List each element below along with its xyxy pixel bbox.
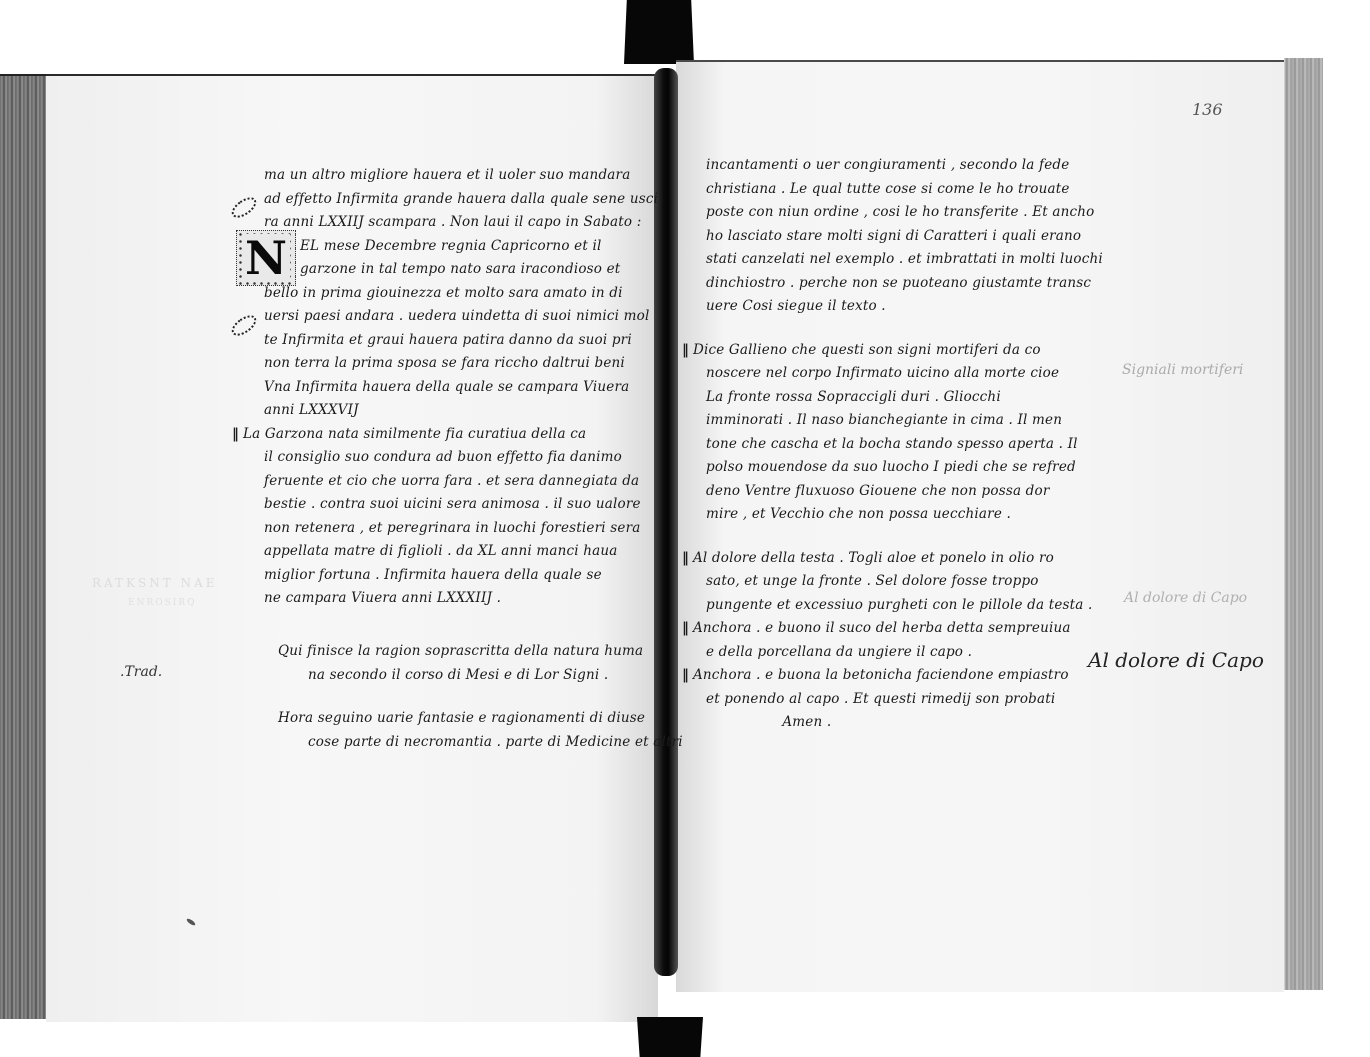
- text-line: uere Cosi siegue il texto .: [706, 295, 1103, 319]
- text-line: ma un altro migliore hauera et il uoler …: [264, 164, 658, 188]
- text-line: ad effetto Infirmita grande hauera dalla…: [264, 188, 658, 212]
- text-line: Vna Infirmita hauera della quale se camp…: [264, 376, 658, 400]
- paragraph-mark-icon: ‖: [682, 620, 689, 636]
- text-line: deno Ventre fluxuoso Giouene che non pos…: [706, 480, 1103, 504]
- left-page-text: ma un altro migliore hauera et il uoler …: [264, 164, 658, 611]
- text-line: ‖Dice Gallieno che questi son signi mort…: [682, 339, 1103, 363]
- text-line: na secondo il corso di Mesi e di Lor Sig…: [278, 664, 683, 688]
- page-number: 136: [1192, 100, 1223, 119]
- bleed-through-text: RATKSNT NAE: [92, 576, 217, 590]
- text-line: e della porcellana da ungiere il capo .: [706, 641, 1103, 665]
- text-line: ra anni LXXIIJ scampara . Non laui il ca…: [264, 211, 658, 235]
- paragraph: ‖Al dolore della testa . Togli aloe et p…: [706, 547, 1103, 618]
- margin-note-dolore-faint: Al dolore di Capo: [1124, 590, 1247, 606]
- right-page-text: incantamenti o uer congiuramenti , secon…: [706, 154, 1103, 735]
- paragraph: incantamenti o uer congiuramenti , secon…: [706, 154, 1103, 319]
- text-line: ne campara Viuera anni LXXXIIJ .: [264, 587, 658, 611]
- text-line: miglior fortuna . Infirmita hauera della…: [264, 564, 658, 588]
- paragraph-mark-icon: ‖: [682, 550, 689, 566]
- text-line: non terra la prima sposa se fara riccho …: [264, 352, 658, 376]
- text-line: feruente et cio che uorra fara . et sera…: [264, 470, 658, 494]
- text-line: stati canzelati nel exemplo . et imbratt…: [706, 248, 1103, 272]
- paragraph-mark-icon: ‖: [682, 342, 689, 358]
- text-line: mire , et Vecchio che non possa uecchiar…: [706, 503, 1103, 527]
- bookmark-ribbon-bottom: [637, 1017, 703, 1057]
- margin-note-dolore-dark: Al dolore di Capo: [1088, 648, 1264, 672]
- text-line: te Infirmita et graui hauera patira dann…: [264, 329, 658, 353]
- paragraph: Hora seguino uarie fantasie e ragionamen…: [278, 707, 683, 754]
- text-line: anni LXXXVIJ: [264, 399, 658, 423]
- text-line: et ponendo al capo . Et questi rimedij s…: [706, 688, 1103, 712]
- text-line: poste con niun ordine , cosi le ho trans…: [706, 201, 1103, 225]
- text-line: il consiglio suo condura ad buon effetto…: [264, 446, 658, 470]
- text-line: La fronte rossa Sopraccigli duri . Glioc…: [706, 386, 1103, 410]
- paragraph: EL mese Decembre regnia Capricorno et il…: [264, 235, 658, 423]
- text-line: imminorati . Il naso bianchegiante in ci…: [706, 409, 1103, 433]
- text-line: Amen .: [706, 711, 1103, 735]
- margin-note-signi-mortiferi: Signiali mortiferi: [1122, 362, 1243, 378]
- paragraph: ‖La Garzona nata similmente fia curatiua…: [264, 423, 658, 611]
- text-line: ‖Al dolore della testa . Togli aloe et p…: [682, 547, 1103, 571]
- text-line: christiana . Le qual tutte cose si come …: [706, 178, 1103, 202]
- left-page-edges: [0, 74, 48, 1019]
- paragraph-mark-icon: ‖: [232, 426, 239, 442]
- text-line: EL mese Decembre regnia Capricorno et il: [264, 235, 658, 259]
- text-line: Hora seguino uarie fantasie e ragionamen…: [278, 707, 683, 731]
- text-line: non retenera , et peregrinara in luochi …: [264, 517, 658, 541]
- text-line: bestie . contra suoi uicini sera animosa…: [264, 493, 658, 517]
- text-line: pungente et excessiuo purgheti con le pi…: [706, 594, 1103, 618]
- bleed-through-text: ENROSIRQ: [128, 598, 196, 608]
- text-line: ho lasciato stare molti signi di Caratte…: [706, 225, 1103, 249]
- text-line: bello in prima giouinezza et molto sara …: [264, 282, 658, 306]
- text-line: Qui finisce la ragion soprascritta della…: [278, 640, 683, 664]
- text-line: appellata matre di figlioli . da XL anni…: [264, 540, 658, 564]
- text-line: dinchiostro . perche non se puoteano giu…: [706, 272, 1103, 296]
- paragraph: ‖Anchora . e buono il suco del herba det…: [706, 617, 1103, 664]
- paragraph: ‖Dice Gallieno che questi son signi mort…: [706, 339, 1103, 527]
- paragraph: ‖Anchora . e buona la betonicha faciendo…: [706, 664, 1103, 735]
- text-line: sato, et unge la fronte . Sel dolore fos…: [706, 570, 1103, 594]
- text-line: ‖Anchora . e buono il suco del herba det…: [682, 617, 1103, 641]
- text-line: polso mouendose da suo luocho I piedi ch…: [706, 456, 1103, 480]
- right-page-edges: [1284, 58, 1323, 990]
- text-line: ‖Anchora . e buona la betonicha faciendo…: [682, 664, 1103, 688]
- paragraph: ma un altro migliore hauera et il uoler …: [264, 164, 658, 235]
- text-line: tone che cascha et la bocha stando spess…: [706, 433, 1103, 457]
- text-line: garzone in tal tempo nato sara iracondio…: [264, 258, 658, 282]
- text-line: cose parte di necromantia . parte di Med…: [278, 731, 683, 755]
- bookmark-ribbon-top: [624, 0, 694, 64]
- margin-note-trad: .Trad.: [120, 664, 162, 680]
- paragraph-mark-icon: ‖: [682, 667, 689, 683]
- text-line: ‖La Garzona nata similmente fia curatiua…: [232, 423, 658, 447]
- left-page-closing-text: Qui finisce la ragion soprascritta della…: [278, 640, 683, 754]
- open-book: N RATKSNT NAE ENROSIRQ .Trad. ma un altr…: [0, 0, 1370, 1057]
- paragraph: Qui finisce la ragion soprascritta della…: [278, 640, 683, 687]
- text-line: incantamenti o uer congiuramenti , secon…: [706, 154, 1103, 178]
- text-line: uersi paesi andara . uedera uindetta di …: [264, 305, 658, 329]
- text-line: noscere nel corpo Infirmato uicino alla …: [706, 362, 1103, 386]
